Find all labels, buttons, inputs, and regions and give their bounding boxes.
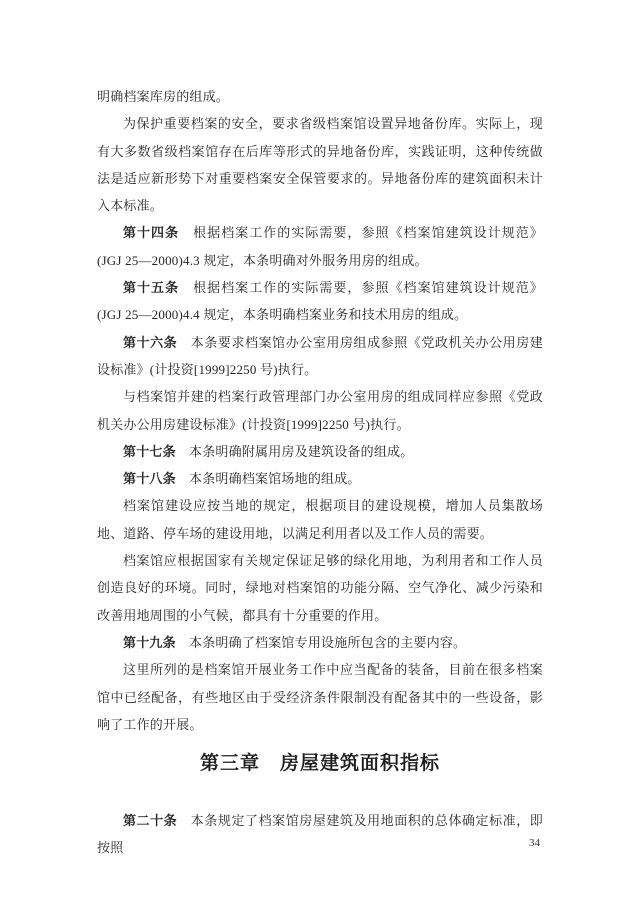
paragraph: 这里所列的是档案馆开展业务工作中应当配备的装备，目前在很多档案馆中已经配备，有些… xyxy=(97,656,543,738)
paragraph-text: 档案馆应根据国家有关规定保证足够的绿化用地，为利用者和工作人员创造良好的环境。同… xyxy=(97,553,543,623)
paragraph-text: 本条明确档案馆场地的组成。 xyxy=(176,471,361,486)
article-paragraph-18: 第十八条 本条明确档案馆场地的组成。 xyxy=(97,465,543,492)
page-content: 明确档案库房的组成。 为保护重要档案的安全，要求省级档案馆设置异地备份库。实际上… xyxy=(97,83,543,862)
paragraph: 档案馆建设应按当地的规定，根据项目的建设规模，增加人员集散场地、道路、停车场的建… xyxy=(97,492,543,547)
paragraph-text: 与档案馆并建的档案行政管理部门办公室用房的组成同样应参照《党政机关办公用房建设标… xyxy=(97,389,543,431)
article-number: 第十四条 xyxy=(123,225,179,240)
article-paragraph-16: 第十六条 本条要求档案馆办公室用房组成参照《党政机关办公用房建设标准》(计投资[… xyxy=(97,329,543,384)
paragraph: 档案馆应根据国家有关规定保证足够的绿化用地，为利用者和工作人员创造良好的环境。同… xyxy=(97,547,543,629)
article-number: 第十九条 xyxy=(123,635,176,650)
article-number: 第十八条 xyxy=(123,471,176,486)
paragraph: 与档案馆并建的档案行政管理部门办公室用房的组成同样应参照《党政机关办公用房建设标… xyxy=(97,383,543,438)
paragraph-text: 这里所列的是档案馆开展业务工作中应当配备的装备，目前在很多档案馆中已经配备，有些… xyxy=(97,662,543,732)
paragraph-text: 明确档案库房的组成。 xyxy=(97,89,229,104)
paragraph-text: 本条明确附属用房及建筑设备的组成。 xyxy=(176,444,414,459)
article-paragraph-20: 第二十条 本条规定了档案馆房屋建筑及用地面积的总体确定标准，即按照 xyxy=(97,807,543,862)
article-paragraph-15: 第十五条 根据档案工作的实际需要，参照《档案馆建筑设计规范》(JGJ 25—20… xyxy=(97,274,543,329)
article-number: 第十七条 xyxy=(123,444,176,459)
paragraph: 为保护重要档案的安全，要求省级档案馆设置异地备份库。实际上，现有大多数省级档案馆… xyxy=(97,110,543,219)
paragraph-text: 本条明确了档案馆专用设施所包含的主要内容。 xyxy=(176,635,466,650)
article-paragraph-17: 第十七条 本条明确附属用房及建筑设备的组成。 xyxy=(97,438,543,465)
paragraph-continuation: 明确档案库房的组成。 xyxy=(97,83,543,110)
page-number: 34 xyxy=(529,836,540,850)
article-paragraph-14: 第十四条 根据档案工作的实际需要，参照《档案馆建筑设计规范》(JGJ 25—20… xyxy=(97,219,543,274)
article-number: 第十六条 xyxy=(123,335,177,350)
article-paragraph-19: 第十九条 本条明确了档案馆专用设施所包含的主要内容。 xyxy=(97,629,543,656)
paragraph-text: 档案馆建设应按当地的规定，根据项目的建设规模，增加人员集散场地、道路、停车场的建… xyxy=(97,498,543,540)
chapter-heading: 第三章 房屋建筑面积指标 xyxy=(97,751,543,777)
paragraph-text: 为保护重要档案的安全，要求省级档案馆设置异地备份库。实际上，现有大多数省级档案馆… xyxy=(97,116,543,213)
document-page: 明确档案库房的组成。 为保护重要档案的安全，要求省级档案馆设置异地备份库。实际上… xyxy=(0,0,639,903)
article-number: 第十五条 xyxy=(123,280,179,295)
article-number: 第二十条 xyxy=(123,813,177,828)
